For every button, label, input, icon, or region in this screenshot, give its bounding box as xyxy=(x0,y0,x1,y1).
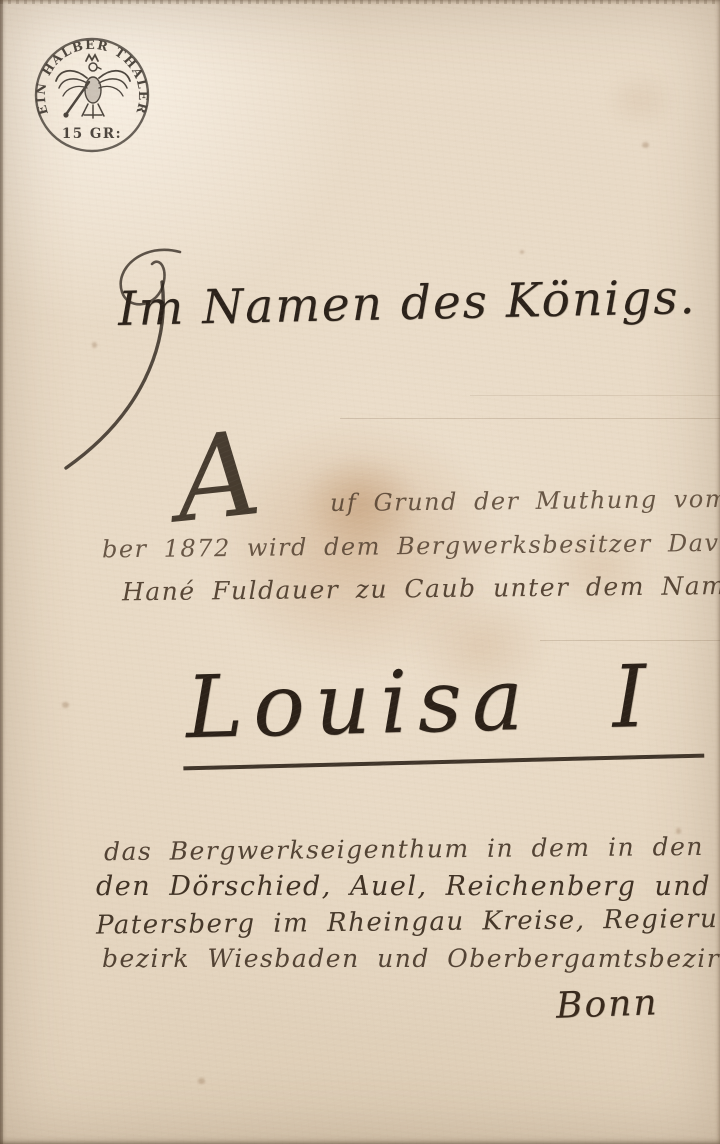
foxing-spot xyxy=(62,702,69,708)
prussian-eagle-icon xyxy=(56,55,130,118)
body-line-2: ber 1872 wird dem Bergwerksbesitzer Davi… xyxy=(102,529,720,564)
body-line-1: uf Grund der Muthung vom 14ten Octo- xyxy=(330,483,720,517)
paper-left-edge xyxy=(0,0,3,1144)
stamp-value-text: 15 GR: xyxy=(62,126,122,142)
foxing-spot xyxy=(198,1078,205,1084)
bleed-through-line xyxy=(470,395,720,396)
body-line-3: Hané Fuldauer zu Caub unter dem Namen xyxy=(122,571,720,607)
foxing-spot xyxy=(642,142,649,148)
foxing-spot xyxy=(92,342,97,348)
grant-line-3: Patersberg im Rheingau Kreise, Regierung… xyxy=(96,903,720,940)
revenue-stamp: EIN HALBER THALER 15 GR: xyxy=(32,34,152,156)
document-title: Im Namen des Königs. xyxy=(117,270,696,337)
bleed-through-line xyxy=(340,418,720,419)
drop-cap-initial: A xyxy=(170,416,265,540)
paper-stain xyxy=(605,70,675,130)
paper-top-edge xyxy=(0,0,720,4)
grant-line-2: den Dörschied, Auel, Reichenberg und xyxy=(96,871,711,902)
closing-place: Bonn xyxy=(555,982,659,1027)
stamp-seal-svg: EIN HALBER THALER 15 GR: xyxy=(32,34,152,156)
document-page: EIN HALBER THALER 15 GR: xyxy=(0,0,720,1144)
bleed-through-line xyxy=(540,640,720,641)
foxing-spot xyxy=(520,250,524,254)
grant-line-4: bezirk Wiesbaden und Oberbergamtsbezirk xyxy=(102,944,720,973)
grant-line-1: das Bergwerkseigenthum in dem in den Gem… xyxy=(104,831,720,866)
mine-name: Louisa I xyxy=(181,646,704,771)
